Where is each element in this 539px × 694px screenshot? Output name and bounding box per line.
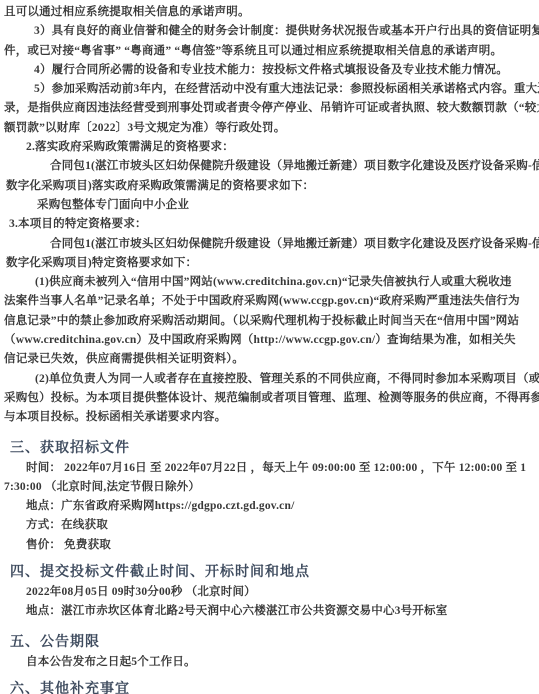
document-line: 数字化采购项目)特定资格要求如下： bbox=[4, 254, 535, 273]
document-line: 录，是指供应商因违法经营受到刑事处罚或者责令停产停业、吊销许可证或者执照、较大数… bbox=[4, 99, 535, 118]
document-line: 采购包）投标。为本项目提供整体设计、规范编制或者项目管理、监理、检测等服务的供应… bbox=[4, 389, 535, 408]
document-line-time-cont: 7:30:00 （北京时间,法定节假日除外） bbox=[4, 478, 535, 497]
document-line: 信记录已失效，供应商需提供相关证明资料）。 bbox=[4, 350, 535, 369]
document-line: (2)单位负责人为同一人或者存在直接控股、管理关系的不同供应商，不得同时参加本采… bbox=[4, 370, 535, 389]
document-line-location: 地点：广东省政府采购网https://gdgpo.czt.gd.gov.cn/ bbox=[4, 497, 535, 516]
section-heading-other-matters: 六、其他补充事宜 bbox=[4, 680, 535, 694]
document-line: 5）参加采购活动前3年内，在经营活动中没有重大违法记录：参照投标函相关承诺格式内… bbox=[4, 80, 535, 99]
document-line: 4）履行合同所必需的设备和专业技术能力：按投标文件格式填报设备及专业技术能力情况… bbox=[4, 61, 535, 80]
document-line: 3.本项目的特定资格要求： bbox=[4, 215, 535, 234]
document-line: 采购包整体专门面向中小企业 bbox=[4, 196, 535, 215]
document-line: 合同包1(湛江市坡头区妇幼保健院升级建设（异地搬迁新建）项目数字化建设及医疗设备… bbox=[4, 157, 535, 176]
document-body: 且可以通过相应系统提取相关信息的承诺声明。3）具有良好的商业信誉和健全的财务会计… bbox=[4, 3, 535, 694]
document-line: 3）具有良好的商业信誉和健全的财务会计制度：提供财务状况报告或基本开户行出具的资… bbox=[4, 22, 535, 41]
document-line: 件，或已对接“粤省事” “粤商通” “粤信签”等系统且可以通过相应系统提取相关信… bbox=[4, 42, 535, 61]
procurement-announcement-page: 且可以通过相应系统提取相关信息的承诺声明。3）具有良好的商业信誉和健全的财务会计… bbox=[0, 0, 539, 694]
section-heading-submission-deadline: 四、提交投标文件截止时间、开标时间和地点 bbox=[4, 563, 535, 583]
document-line: 与本项目投标。投标函相关承诺要求内容。 bbox=[4, 408, 535, 427]
document-line-price: 售价： 免费获取 bbox=[4, 536, 535, 555]
document-line-period: 自本公告发布之日起5个工作日。 bbox=[4, 653, 535, 672]
document-line: （www.creditchina.gov.cn）及中国政府采购网（http://… bbox=[4, 331, 535, 350]
section-heading-obtain-tender-documents: 三、获取招标文件 bbox=[4, 439, 535, 459]
document-line: 信息记录”中的禁止参加政府采购活动期间。（以采购代理机构于投标截止时间当天在“信… bbox=[4, 312, 535, 331]
document-line: 法案件当事人名单”记录名单；不处于中国政府采购网(www.ccgp.gov.cn… bbox=[4, 292, 535, 311]
document-line-time: 时间： 2022年07月16日 至 2022年07月22日 ，每天上午 09:0… bbox=[4, 459, 535, 478]
document-line: 2.落实政府采购政策需满足的资格要求： bbox=[4, 138, 535, 157]
document-line-deadline: 2022年08月05日 09时30分00秒 （北京时间） bbox=[4, 583, 535, 602]
section-heading-announcement-period: 五、公告期限 bbox=[4, 633, 535, 653]
document-line: 且可以通过相应系统提取相关信息的承诺声明。 bbox=[4, 3, 535, 22]
document-line: (1)供应商未被列入“信用中国”网站(www.creditchina.gov.c… bbox=[4, 273, 535, 292]
document-line-method: 方式：在线获取 bbox=[4, 516, 535, 535]
document-line-open-location: 地点：湛江市赤坎区体育北路2号天润中心六楼湛江市公共资源交易中心3号开标室 bbox=[4, 602, 535, 621]
document-line: 数字化采购项目)落实政府采购政策需满足的资格要求如下： bbox=[4, 177, 535, 196]
document-line: 合同包1(湛江市坡头区妇幼保健院升级建设（异地搬迁新建）项目数字化建设及医疗设备… bbox=[4, 235, 535, 254]
document-line: 额罚款”以财库〔2022〕3号文规定为准）等行政处罚。 bbox=[4, 119, 535, 138]
